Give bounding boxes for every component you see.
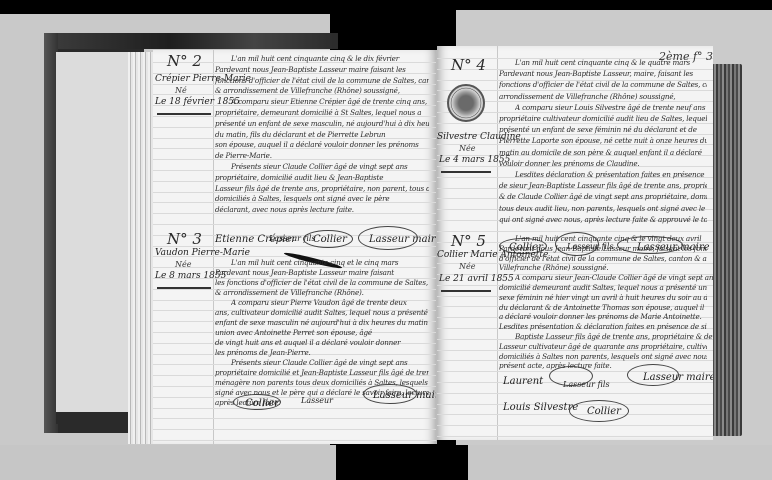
entry-text-line: tous deux audit lieu, non parents, lesqu… <box>499 204 707 214</box>
entry-text-line: & arrondissement de Villefranche (Rhône)… <box>215 288 429 298</box>
entry-text-line: son épouse, auquel il a déclaré vouloir … <box>215 140 429 150</box>
entry-text-line: d'officier de l'état civil de la commune… <box>499 254 707 264</box>
entry-text-line: A comparu sieur Etienne Crépier âgé de t… <box>231 97 437 107</box>
entry-text-line: L'an mil huit cent cinquante cinq & le q… <box>515 58 713 68</box>
signature-flourish <box>627 364 679 386</box>
margin-rule <box>213 50 214 444</box>
entry-text-line: du déclarant & de Antoinette Thomas son … <box>499 303 707 313</box>
entry-text-line: présenté un enfant de sexe masculin, né … <box>215 119 429 129</box>
entry-text-line: propriétaire, domicilié audit lieu & Jea… <box>215 173 429 183</box>
entry-text-line: domiciliés à Saltes, lesquels ont signé … <box>215 194 429 204</box>
entry-text-line: Lasseur fils âgé de trente ans, propriét… <box>215 184 429 194</box>
entry-text-line: domicilié demeurant audit Saltes, lequel… <box>499 283 707 293</box>
signature: Lasseur <box>301 396 333 405</box>
entry-number: N° 3 <box>167 230 202 248</box>
scanner-background-bottom-right <box>468 445 772 480</box>
scanner-background-bottom-left <box>0 445 336 480</box>
margin-born-label: Né <box>175 86 187 95</box>
signature-flourish <box>303 230 353 248</box>
margin-underline <box>441 171 491 173</box>
entry-text-line: Lesdites présentation & déclaration fait… <box>499 322 707 332</box>
entry-text-line: arrondissement de Villefranche (Rhône) s… <box>499 92 707 102</box>
margin-born-label: Née <box>175 260 191 269</box>
entry-text-line: de Pierre-Marie. <box>215 151 429 161</box>
entry-text-line: & de Claude Collier âgé de vingt sept an… <box>499 192 707 202</box>
signature-flourish <box>233 394 281 410</box>
signature-flourish <box>363 384 417 404</box>
entry-text-line: sexe féminin né hier vingt un avril à hu… <box>499 293 707 303</box>
entry-text-line: enfant de sexe masculin né aujourd'hui à… <box>215 318 429 328</box>
entry-text-line: présenté un enfant de sexe féminin né du… <box>499 125 707 135</box>
ruled-line <box>437 436 713 437</box>
entry-text-line: vouloir donner les prénoms de Claudine. <box>499 159 707 169</box>
margin-birth-date: Le 18 février 1855 <box>155 97 240 107</box>
entry-text-line: les prénoms de Jean-Pierre. <box>215 348 429 358</box>
entry-text-line: domiciliés à Saltes non parents, lesquel… <box>499 352 707 362</box>
signature-flourish <box>569 400 629 422</box>
entry-text-line: propriétaire domicilié et Jean-Baptiste … <box>215 368 429 378</box>
entry-text-line: Pardevant nous Jean-Baptiste Lasseur mai… <box>215 65 429 75</box>
entry-text-line: de sieur Jean-Baptiste Lasseur fils âgé … <box>499 181 707 191</box>
entry-text-line: Villefranche (Rhône) soussigné. <box>499 263 707 273</box>
entry-text-line: union avec Antoinette Perret son épouse,… <box>215 328 429 338</box>
entry-text-line: & arrondissement de Villefranche (Rhône)… <box>215 86 429 96</box>
entry-text-line: les fonctions d'officier de l'état civil… <box>215 278 429 288</box>
register-page-right: 2ème f° 3 N° 4 Silvestre Claudine Née Le… <box>437 46 713 440</box>
signature: Laurent <box>503 376 543 387</box>
ruled-line <box>437 425 713 426</box>
entry-text-line: L'an mil huit cent cinquante cinq & le d… <box>231 54 437 64</box>
signature-flourish <box>358 226 418 250</box>
margin-underline <box>157 287 211 289</box>
entry-number: N° 5 <box>451 232 486 250</box>
entry-text-line: ans, cultivateur domicilié audit Saltes,… <box>215 308 429 318</box>
ruled-line <box>437 393 713 394</box>
register-page-left: N° 2 Crépier Pierre-Marie Né Le 18 févri… <box>153 50 437 444</box>
scanner-gap <box>336 445 468 480</box>
book-cover-bottom-marbling <box>56 412 136 424</box>
entry-number: N° 4 <box>451 56 486 74</box>
entry-text-line: Pardevant nous Jean-Baptiste Lasseur, ma… <box>499 69 707 79</box>
entry-text-line: fonctions d'officier de l'état civil de … <box>499 80 707 90</box>
entry-text-line: propriétaire cultivateur domicilié audit… <box>499 114 707 124</box>
entry-text-line: de vingt huit ans et auquel il a déclaré… <box>215 338 429 348</box>
page-stack-right <box>712 64 742 436</box>
entry-text-line: A comparu sieur Louis Silvestre âgé de t… <box>515 103 713 113</box>
entry-number: N° 2 <box>167 52 202 70</box>
entry-text-line: Lesdites déclaration & présentation fait… <box>515 170 713 180</box>
signature: Louis Silvestre <box>503 402 578 413</box>
entry-text-line: A comparu sieur Jean-Claude Collier âgé … <box>515 273 713 283</box>
margin-born-label: Née <box>459 144 475 153</box>
entry-text-line: A comparu sieur Pierre Vaudon âgé de tre… <box>231 298 437 308</box>
imperial-tax-stamp <box>447 84 485 122</box>
margin-underline <box>441 290 491 292</box>
ruled-line <box>153 418 436 419</box>
entry-text-line: a déclaré vouloir donner les prénoms de … <box>499 312 707 322</box>
book-cover-top-marbling <box>58 33 338 49</box>
entry-text-line: matin au domicile de son père & auquel e… <box>499 148 707 158</box>
entry-text-line: déclarant, avec nous après lecture faite… <box>215 205 429 215</box>
entry-text-line: Présents sieur Claude Collier âgé de vin… <box>231 162 437 172</box>
entry-text-line: qui ont signé avec nous, après lecture f… <box>499 215 707 225</box>
margin-underline <box>157 113 211 115</box>
margin-child-name: Vaudon Pierre-Marie <box>155 248 250 258</box>
entry-text-line: Pierrette Laporte son épouse, né cette n… <box>499 136 707 146</box>
margin-born-label: Née <box>459 262 475 271</box>
entry-text-line: L'an mil huit cent cinquante cinq et le … <box>231 258 437 268</box>
margin-rule <box>497 46 498 440</box>
ruled-line <box>153 224 436 225</box>
entry-text-line: Présents sieur Claude Collier âgé de vin… <box>231 358 437 368</box>
entry-text-line: Pardevant nous Jean-Baptiste Lasseur mai… <box>215 268 429 278</box>
signature-flourish <box>549 366 593 386</box>
ruled-line <box>153 440 436 441</box>
entry-text-line: Pardevant nous Jean-Baptiste Lasseur mai… <box>499 244 707 254</box>
entry-text-line: Lasseur cultivateur âgé de quarante ans … <box>499 342 707 352</box>
book-endpaper <box>56 52 136 422</box>
entry-text-line: fonctions d'officier de l'état civil de … <box>215 76 429 86</box>
ruled-line <box>153 429 436 430</box>
entry-text-line: du matin, fils du déclarant et de Pierre… <box>215 130 429 140</box>
entry-text-line: Baptiste Lasseur fils âgé de trente ans,… <box>515 332 713 342</box>
entry-text-line: L'an mil huit cent cinquante cinq & le v… <box>515 234 713 244</box>
entry-text-line: propriétaire, demeurant domicilié à St S… <box>215 108 429 118</box>
page-stack-left <box>128 52 156 444</box>
